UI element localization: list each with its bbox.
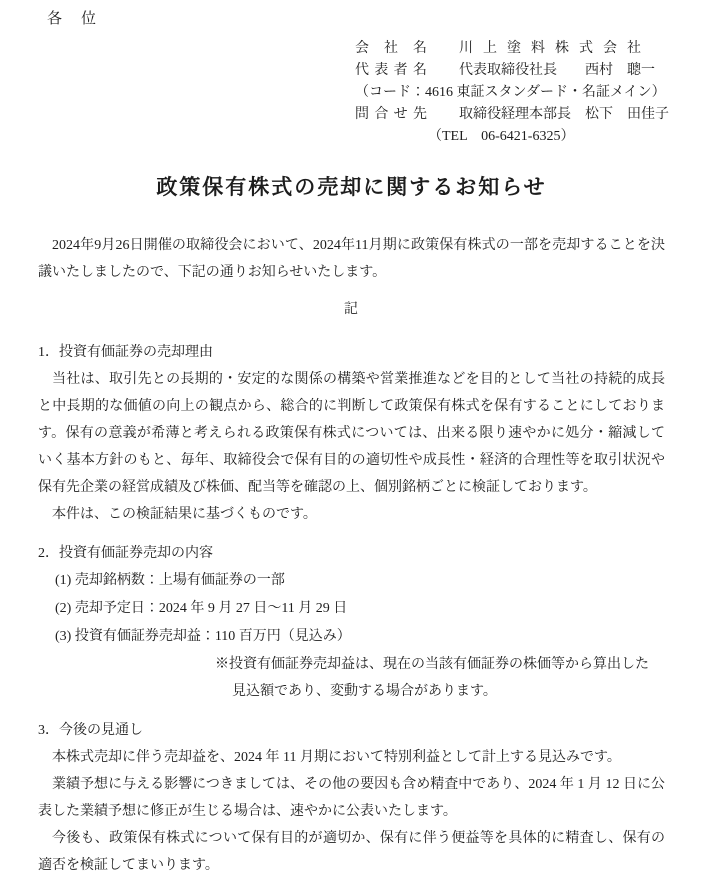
section-outlook: 3．今後の見通し 本株式売却に伴う売却益を、2024 年 11 月期において特別… <box>38 717 665 879</box>
company-name-value: 川上塗料株式会社 <box>459 38 651 60</box>
representative-row: 代表者名 代表取締役社長 西村 聰一 <box>355 60 665 82</box>
section-sale-details-heading: 2．投資有価証券売却の内容 <box>38 540 665 567</box>
reason-paragraph-1: 当社は、取引先との長期的・安定的な関係の構築や営業推進などを目的として当社の持続… <box>38 366 665 501</box>
section-sale-reason-heading: 1．投資有価証券の売却理由 <box>38 339 665 366</box>
company-name-label: 会社名 <box>355 38 427 60</box>
telephone-line: （TEL 06-6421-6325） <box>355 126 665 148</box>
telephone-value: （TEL 06-6421-6325） <box>428 126 574 148</box>
section-sale-details: 2．投資有価証券売却の内容 (1) 売却銘柄数：上場有価証券の一部 (2) 売却… <box>38 540 665 705</box>
outlook-paragraph-3: 今後も、政策保有株式について保有目的が適切か、保有に伴う便益等を具体的に精査し、… <box>38 825 665 879</box>
detail-item-brands: (1) 売却銘柄数：上場有価証券の一部 <box>38 567 665 595</box>
document-page: 各 位 会社名 川上塗料株式会社 代表者名 代表取締役社長 西村 聰一 （コード… <box>0 0 701 894</box>
stock-code-line: （コード：4616 東証スタンダード・名証メイン） <box>355 82 665 104</box>
contact-row: 問合せ先 取締役経理本部長 松下 田佳子 <box>355 104 665 126</box>
section-outlook-heading: 3．今後の見通し <box>38 717 665 744</box>
company-name-row: 会社名 川上塗料株式会社 <box>355 38 665 60</box>
stock-code-value: （コード：4616 東証スタンダード・名証メイン） <box>355 82 666 104</box>
salutation: 各 位 <box>47 8 665 30</box>
contact-label: 問合せ先 <box>355 104 427 126</box>
section-sale-reason: 1．投資有価証券の売却理由 当社は、取引先との長期的・安定的な関係の構築や営業推… <box>38 339 665 528</box>
outlook-paragraph-2: 業績予想に与える影響につきましては、その他の要因も含め精査中であり、2024 年… <box>38 771 665 825</box>
reason-paragraph-2: 本件は、この検証結果に基づくものです。 <box>38 501 665 528</box>
note-line-2: 見込額であり、変動する場合があります。 <box>215 678 665 705</box>
gain-estimate-note: ※投資有価証券売却益は、現在の当該有価証券の株価等から算出した 見込額であり、変… <box>215 651 665 705</box>
contact-value: 取締役経理本部長 松下 田佳子 <box>459 104 669 126</box>
note-line-1: ※投資有価証券売却益は、現在の当該有価証券の株価等から算出した <box>215 651 665 678</box>
detail-item-gain: (3) 投資有価証券売却益：110 百万円（見込み） <box>38 623 665 651</box>
document-title: 政策保有株式の売却に関するお知らせ <box>38 172 665 202</box>
representative-label: 代表者名 <box>355 60 427 82</box>
record-mark: 記 <box>38 296 665 323</box>
company-info-block: 会社名 川上塗料株式会社 代表者名 代表取締役社長 西村 聰一 （コード：461… <box>355 38 665 148</box>
outlook-paragraph-1: 本株式売却に伴う売却益を、2024 年 11 月期において特別利益として計上する… <box>38 744 665 771</box>
detail-item-period: (2) 売却予定日：2024 年 9 月 27 日～11 月 29 日 <box>38 595 665 623</box>
representative-value: 代表取締役社長 西村 聰一 <box>459 60 655 82</box>
intro-paragraph: 2024年9月26日開催の取締役会において、2024年11月期に政策保有株式の一… <box>38 232 665 286</box>
